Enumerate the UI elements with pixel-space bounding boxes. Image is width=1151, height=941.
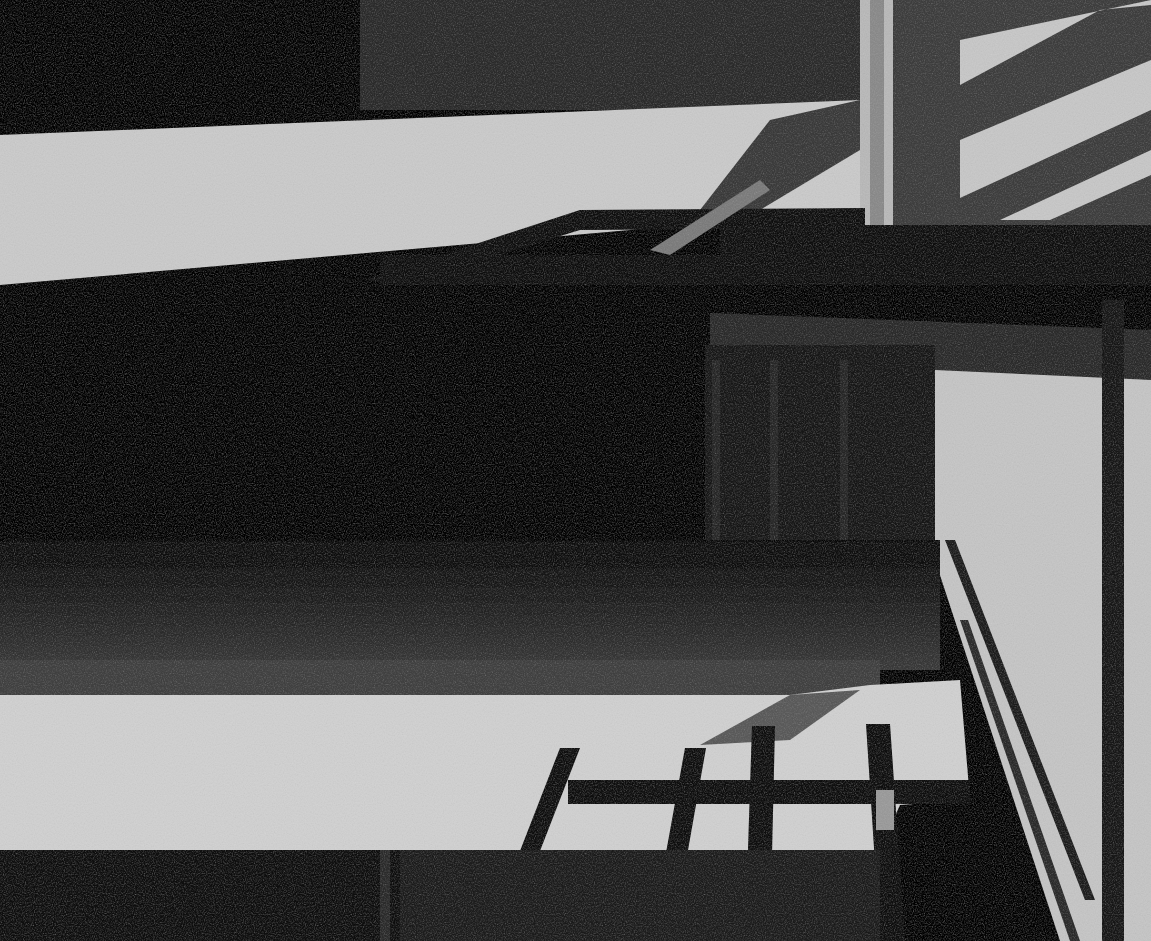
architectural-photo bbox=[0, 0, 1151, 941]
floor-slab bbox=[0, 540, 940, 670]
vertical-pipe bbox=[1102, 300, 1124, 941]
photo-canvas bbox=[0, 0, 1151, 941]
dark-cavity bbox=[0, 285, 710, 545]
railing-rail bbox=[568, 780, 970, 804]
upper-wall bbox=[360, 0, 865, 110]
